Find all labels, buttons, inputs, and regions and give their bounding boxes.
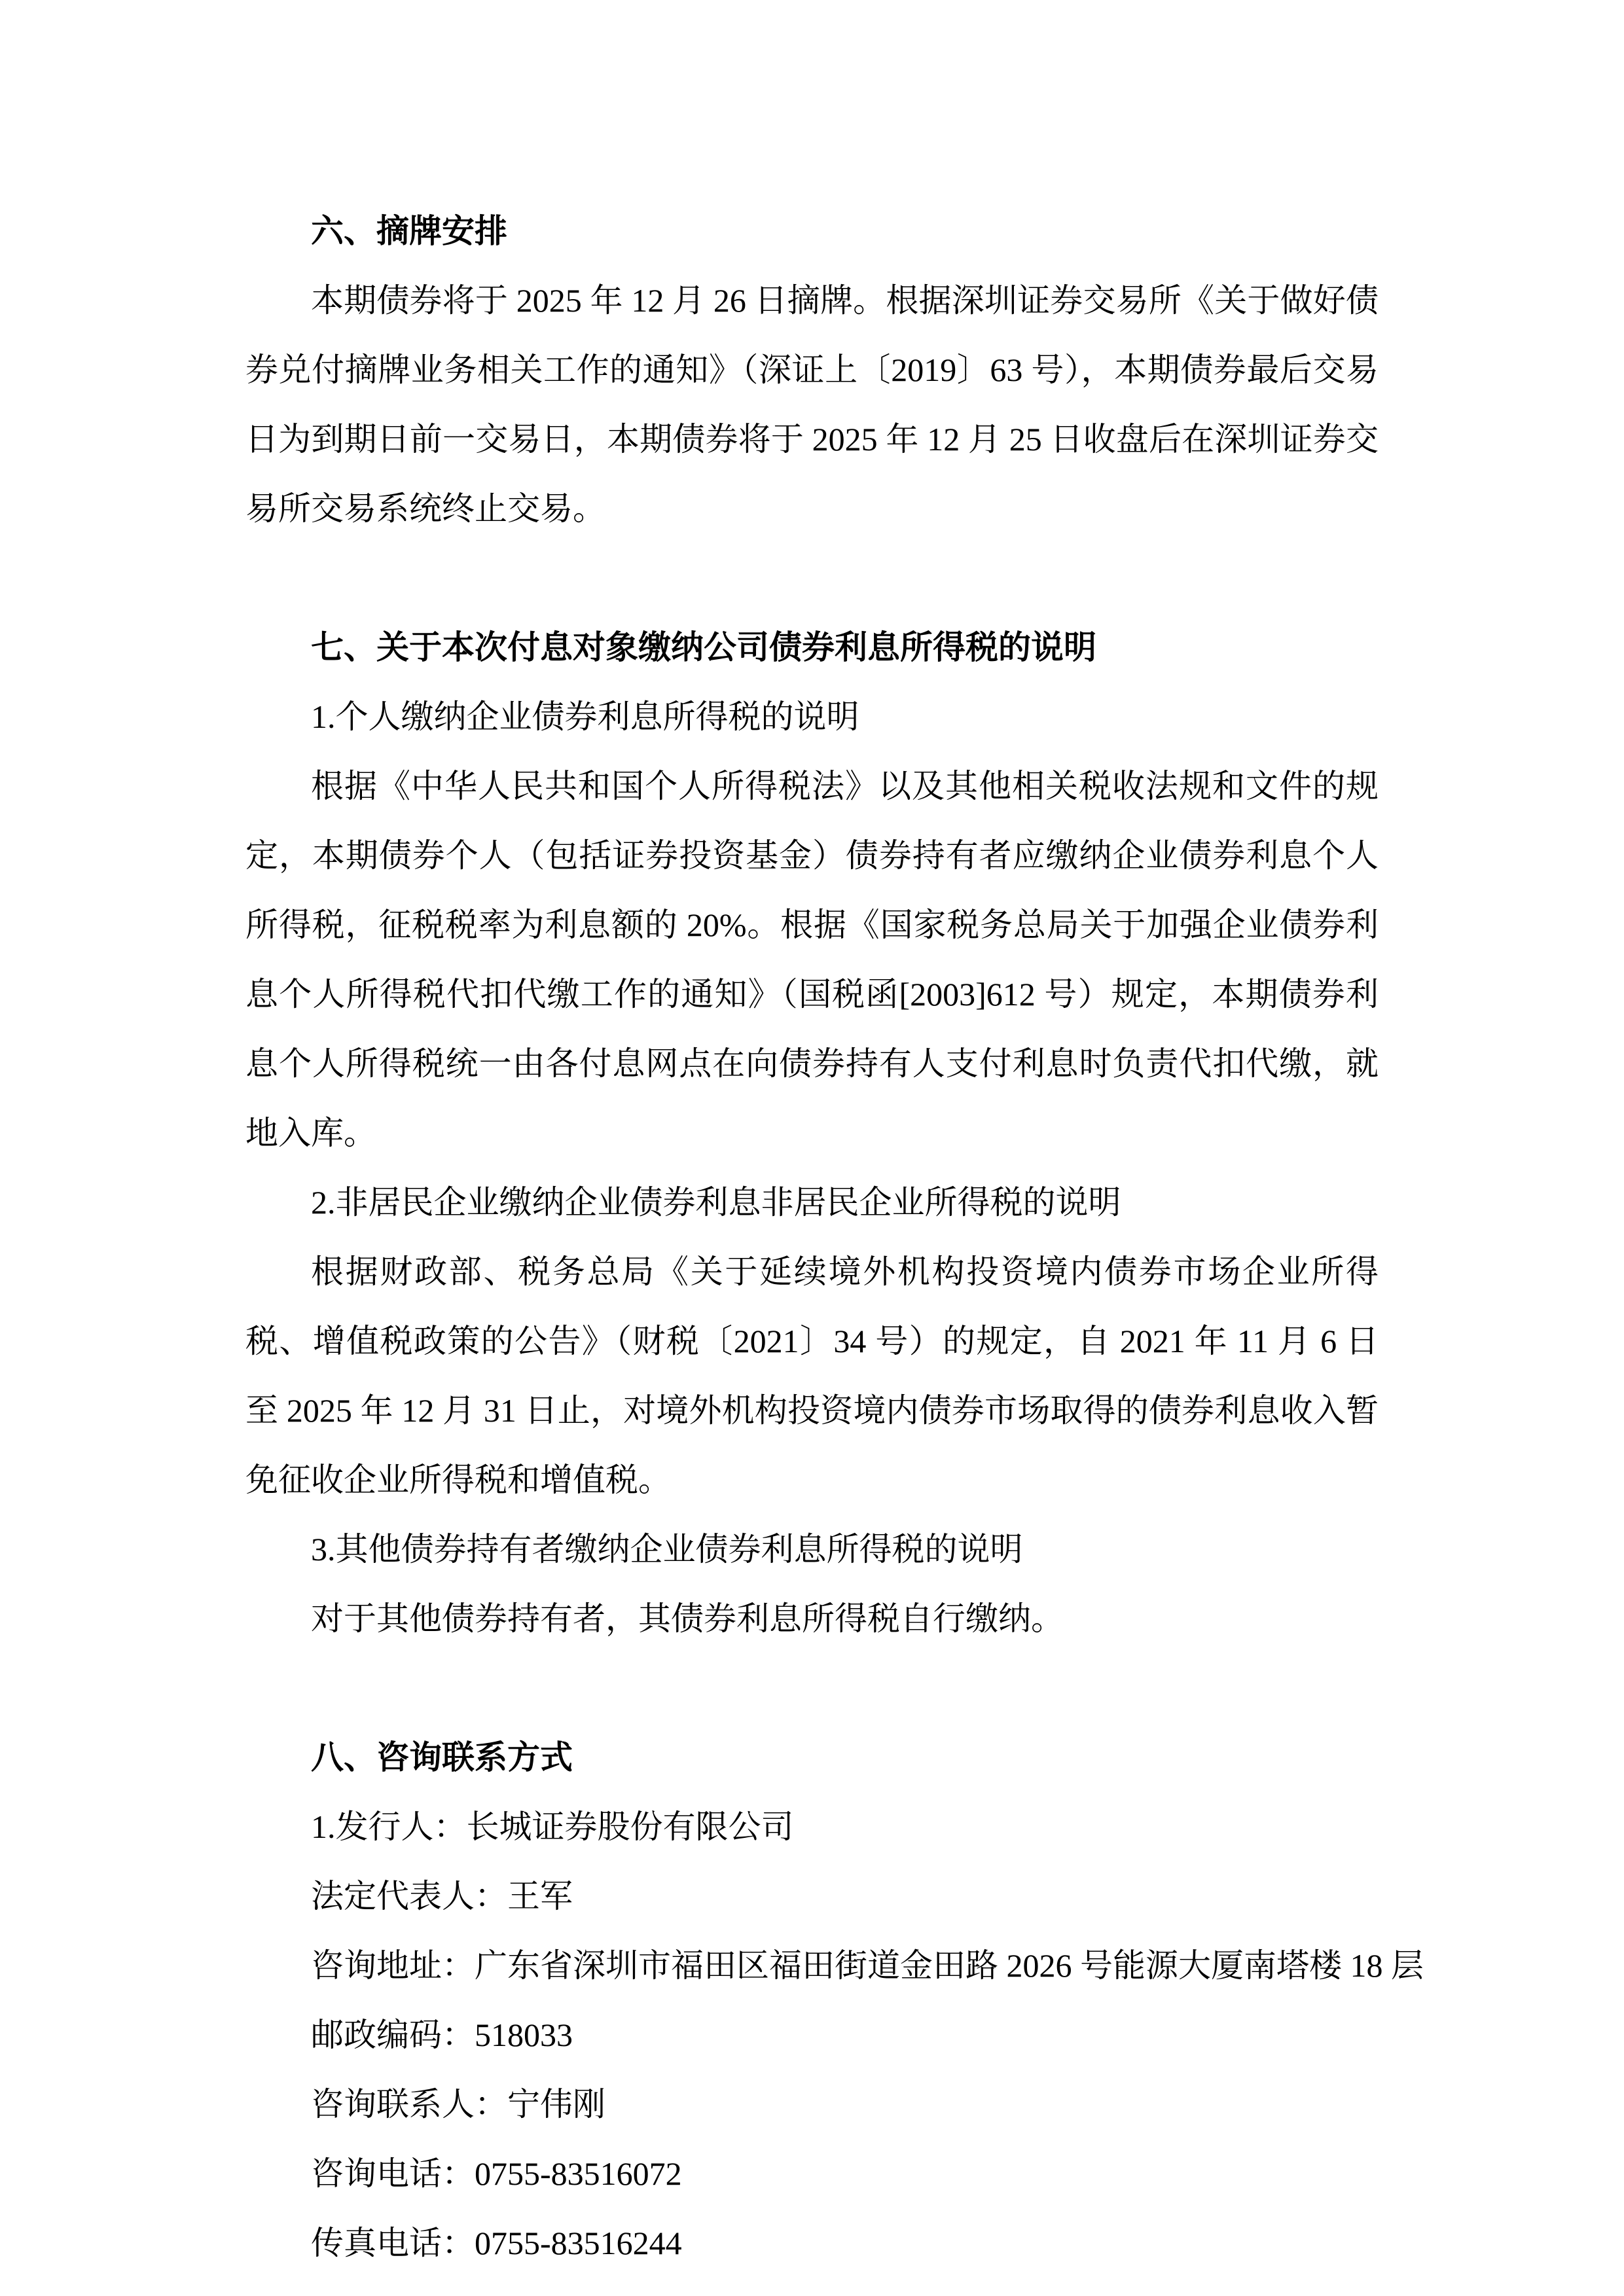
- section-7-item-3-title: 3.其他债券持有者缴纳企业债券利息所得税的说明: [245, 1515, 1379, 1584]
- section-6-paragraph: 本期债券将于 2025 年 12 月 26 日摘牌。根据深圳证券交易所《关于做好…: [245, 266, 1379, 543]
- contact-line-phone: 咨询电话：0755-83516072: [245, 2139, 1379, 2208]
- contact-line-postal-code: 邮政编码：518033: [245, 2000, 1379, 2070]
- contact-line-legal-representative: 法定代表人：王军: [245, 1861, 1379, 1931]
- section-6-heading: 六、摘牌安排: [245, 196, 1379, 266]
- contact-line-contact-person: 咨询联系人：宁伟刚: [245, 2070, 1379, 2139]
- contact-line-address: 咨询地址：广东省深圳市福田区福田街道金田路 2026 号能源大厦南塔楼 18 层: [245, 1931, 1379, 2000]
- section-7-item-2-title: 2.非居民企业缴纳企业债券利息非居民企业所得税的说明: [245, 1168, 1379, 1237]
- section-7-item-1-title: 1.个人缴纳企业债券利息所得税的说明: [245, 682, 1379, 751]
- section-7-heading: 七、关于本次付息对象缴纳公司债券利息所得税的说明: [245, 613, 1379, 682]
- contact-line-issuer: 1.发行人：长城证券股份有限公司: [245, 1792, 1379, 1861]
- document-page: 六、摘牌安排 本期债券将于 2025 年 12 月 26 日摘牌。根据深圳证券交…: [0, 0, 1624, 2296]
- section-7-item-2-paragraph: 根据财政部、税务总局《关于延续境外机构投资境内债券市场企业所得税、增值税政策的公…: [245, 1237, 1379, 1515]
- section-8-heading: 八、咨询联系方式: [245, 1723, 1379, 1792]
- contact-line-fax: 传真电话：0755-83516244: [245, 2208, 1379, 2278]
- section-7-item-3-paragraph: 对于其他债券持有者，其债券利息所得税自行缴纳。: [245, 1584, 1379, 1653]
- section-7-item-1-paragraph: 根据《中华人民共和国个人所得税法》以及其他相关税收法规和文件的规定，本期债券个人…: [245, 751, 1379, 1168]
